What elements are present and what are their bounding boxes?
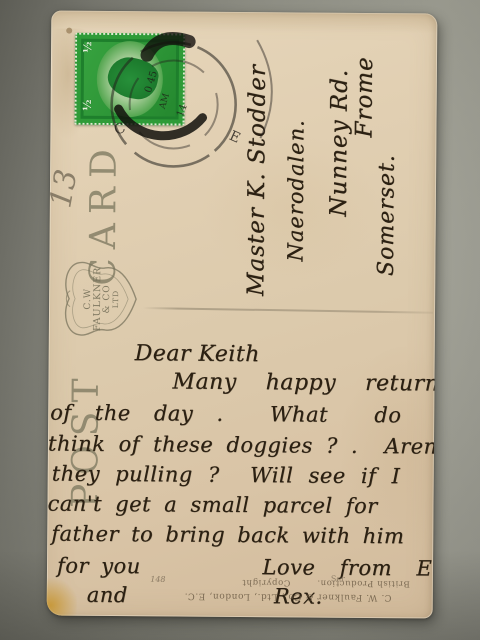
pencil-number: 13 [47, 167, 85, 211]
postmark-second-strike-arc [256, 40, 272, 138]
postcard: CARD POST C.W FAULKNER & CO LTD ½ ½ [47, 10, 438, 618]
message-line: of the day . What do you [50, 400, 437, 427]
series-number: 148 [150, 575, 165, 584]
postmark: C E 0 45 AM 14 [70, 11, 281, 173]
address-line: Somerset. [374, 154, 400, 276]
publisher-imprint-address: C. W. Faulkner & Co., Ltd., London, E.C. [184, 591, 391, 603]
postmark-ink-smudge [147, 38, 189, 55]
address-divider-line [143, 307, 433, 313]
address-line: Naerodalen. [283, 119, 308, 261]
postmark-year: 14 [175, 103, 190, 119]
publisher-imprint-copyright: British Production. Copyright [242, 577, 410, 588]
message-line: they pulling ? Will see if I [52, 462, 401, 489]
publisher-crest: C.W FAULKNER & CO LTD [64, 255, 141, 344]
message-line: think of these doggies ? . Aren't [48, 431, 437, 458]
message-line: Many happy returns [172, 369, 437, 396]
message-line: father to bring back with him [51, 522, 404, 549]
series-label: Ser [331, 574, 345, 583]
postmark-heavy-arc [118, 109, 202, 136]
corner-stain [47, 576, 77, 618]
postmark-time: 0 45 [143, 70, 160, 94]
message-line: Dear Keith [135, 341, 260, 367]
postmark-meridiem: AM [158, 92, 172, 111]
crest-line: LTD [113, 290, 121, 308]
address-line: Nunney Rd. [326, 69, 353, 217]
message-line: can't get a small parcel for [47, 491, 377, 518]
photo-backdrop: CARD POST C.W FAULKNER & CO LTD ½ ½ [0, 0, 480, 640]
address-line: Frome [351, 56, 378, 137]
